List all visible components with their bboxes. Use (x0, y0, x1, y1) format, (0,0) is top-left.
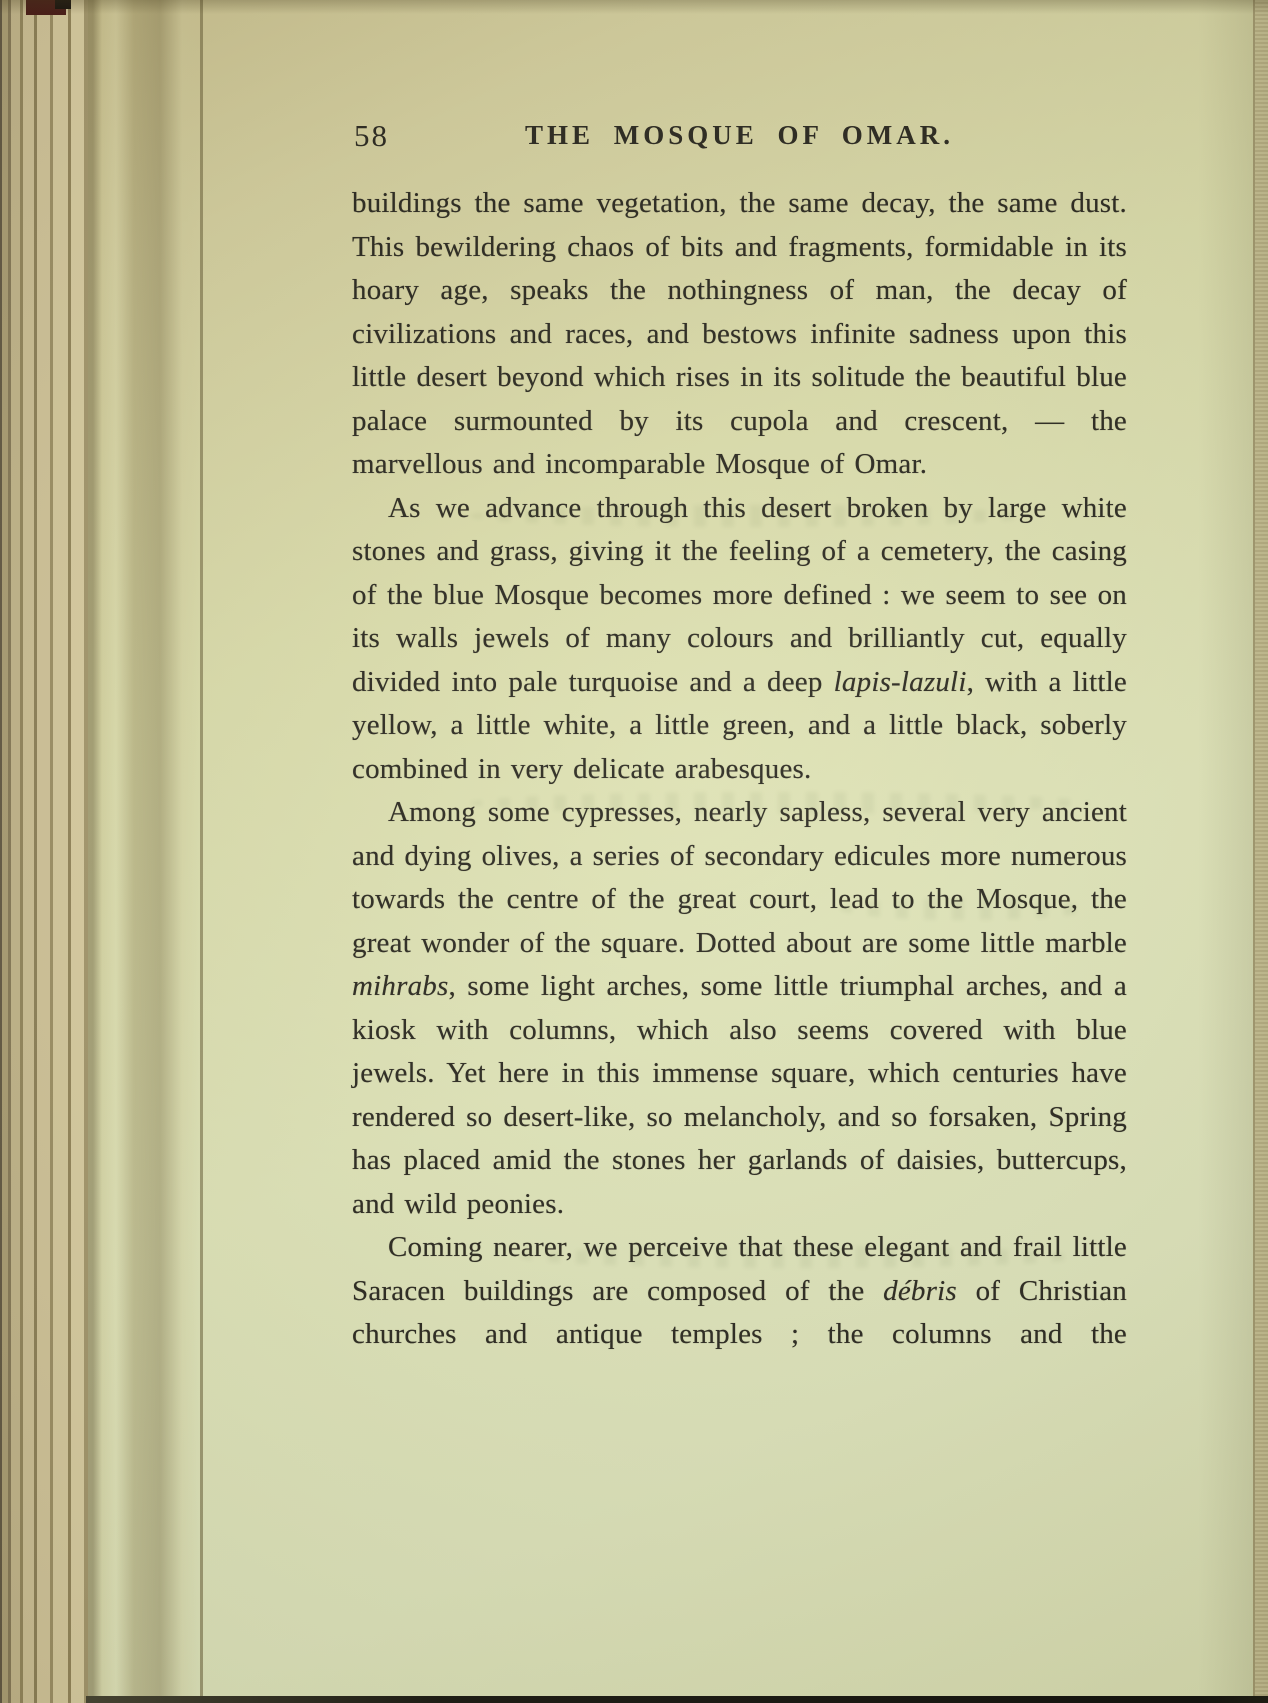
page-content: 58 THE MOSQUE OF OMAR. buildings the sam… (352, 112, 1127, 1357)
book-page-edges-right (1253, 0, 1268, 1703)
paragraph: Among some cypresses, nearly sapless, se… (352, 791, 1127, 1226)
text-run: , some light arches, some little triumph… (352, 970, 1127, 1220)
paragraph: As we advance through this desert broken… (352, 487, 1127, 792)
show-through-smudge (840, 898, 1090, 920)
show-through-smudge (470, 505, 1030, 527)
book-page-photo: 58 THE MOSQUE OF OMAR. buildings the sam… (0, 0, 1268, 1703)
running-header-title: THE MOSQUE OF OMAR. (352, 120, 1127, 151)
show-through-smudge (470, 792, 1090, 814)
text-run: buildings the same vegetation, the same … (352, 187, 1127, 480)
scan-bottom-shadow (86, 1696, 1268, 1703)
running-header: 58 THE MOSQUE OF OMAR. (352, 112, 1127, 156)
page-gutter-ridge (88, 0, 220, 1703)
book-page-edges-left (0, 0, 88, 1703)
italic-term: mihrabs (352, 970, 448, 1002)
italic-term: lapis-lazuli (834, 666, 967, 698)
paragraph: buildings the same vegetation, the same … (352, 182, 1127, 487)
italic-term: débris (883, 1275, 957, 1307)
page-text: buildings the same vegetation, the same … (352, 182, 1127, 1357)
text-run: Among some cypresses, nearly sapless, se… (352, 796, 1127, 959)
cover-corner-shadow (55, 0, 71, 9)
show-through-smudge (520, 1246, 1080, 1268)
